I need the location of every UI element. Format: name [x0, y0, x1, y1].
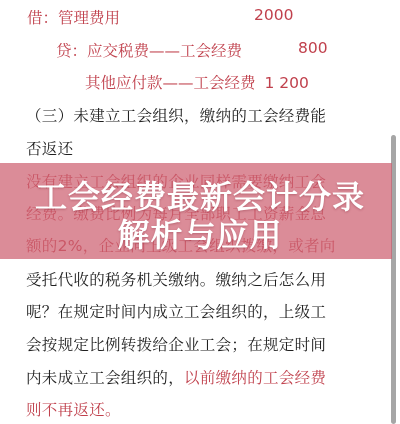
body-line-7-plain: 内未成立工会组织的， — [26, 369, 184, 387]
body-line-5: 呢？在规定时间内成立工会组织的，上级工 — [26, 300, 326, 322]
section-heading-line-2: 否返还 — [26, 137, 73, 159]
body-line-4: 受托代收的税务机关缴纳。缴纳之后怎么用 — [26, 268, 326, 290]
credit-label-2: 其他应付款——工会经费 — [85, 74, 256, 92]
debit-entry-row: 借：管理费用 — [27, 6, 120, 28]
banner-title-line-2: 解析与应用 — [0, 216, 400, 254]
debit-amount: 2000 — [254, 6, 293, 24]
credit-entry-row-2: 其他应付款——工会经费 1 200 — [85, 71, 309, 93]
debit-label: 借：管理费用 — [27, 9, 120, 27]
credit-label-1: 贷：应交税费——工会经费 — [56, 42, 242, 60]
body-line-7-highlight: 以前缴纳的工会经费 — [184, 369, 326, 387]
article-page: 借：管理费用 2000 贷：应交税费——工会经费 800 其他应付款——工会经费… — [0, 0, 400, 424]
body-line-7: 内未成立工会组织的，以前缴纳的工会经费 — [26, 366, 326, 388]
banner-title: 工会经费最新会计分录 解析与应用 — [0, 178, 400, 254]
body-line-8: 则不再返还。 — [26, 398, 121, 420]
credit-entry-row-1: 贷：应交税费——工会经费 — [56, 39, 242, 61]
body-line-6: 会按规定比例转拨给企业工会；在规定时间 — [26, 333, 326, 355]
section-heading-line-1: （三）未建立工会组织，缴纳的工会经费能 — [26, 104, 326, 126]
banner-title-line-1: 工会经费最新会计分录 — [0, 178, 400, 216]
credit-amount-2: 1 200 — [264, 74, 308, 92]
credit-amount-1: 800 — [298, 39, 328, 57]
